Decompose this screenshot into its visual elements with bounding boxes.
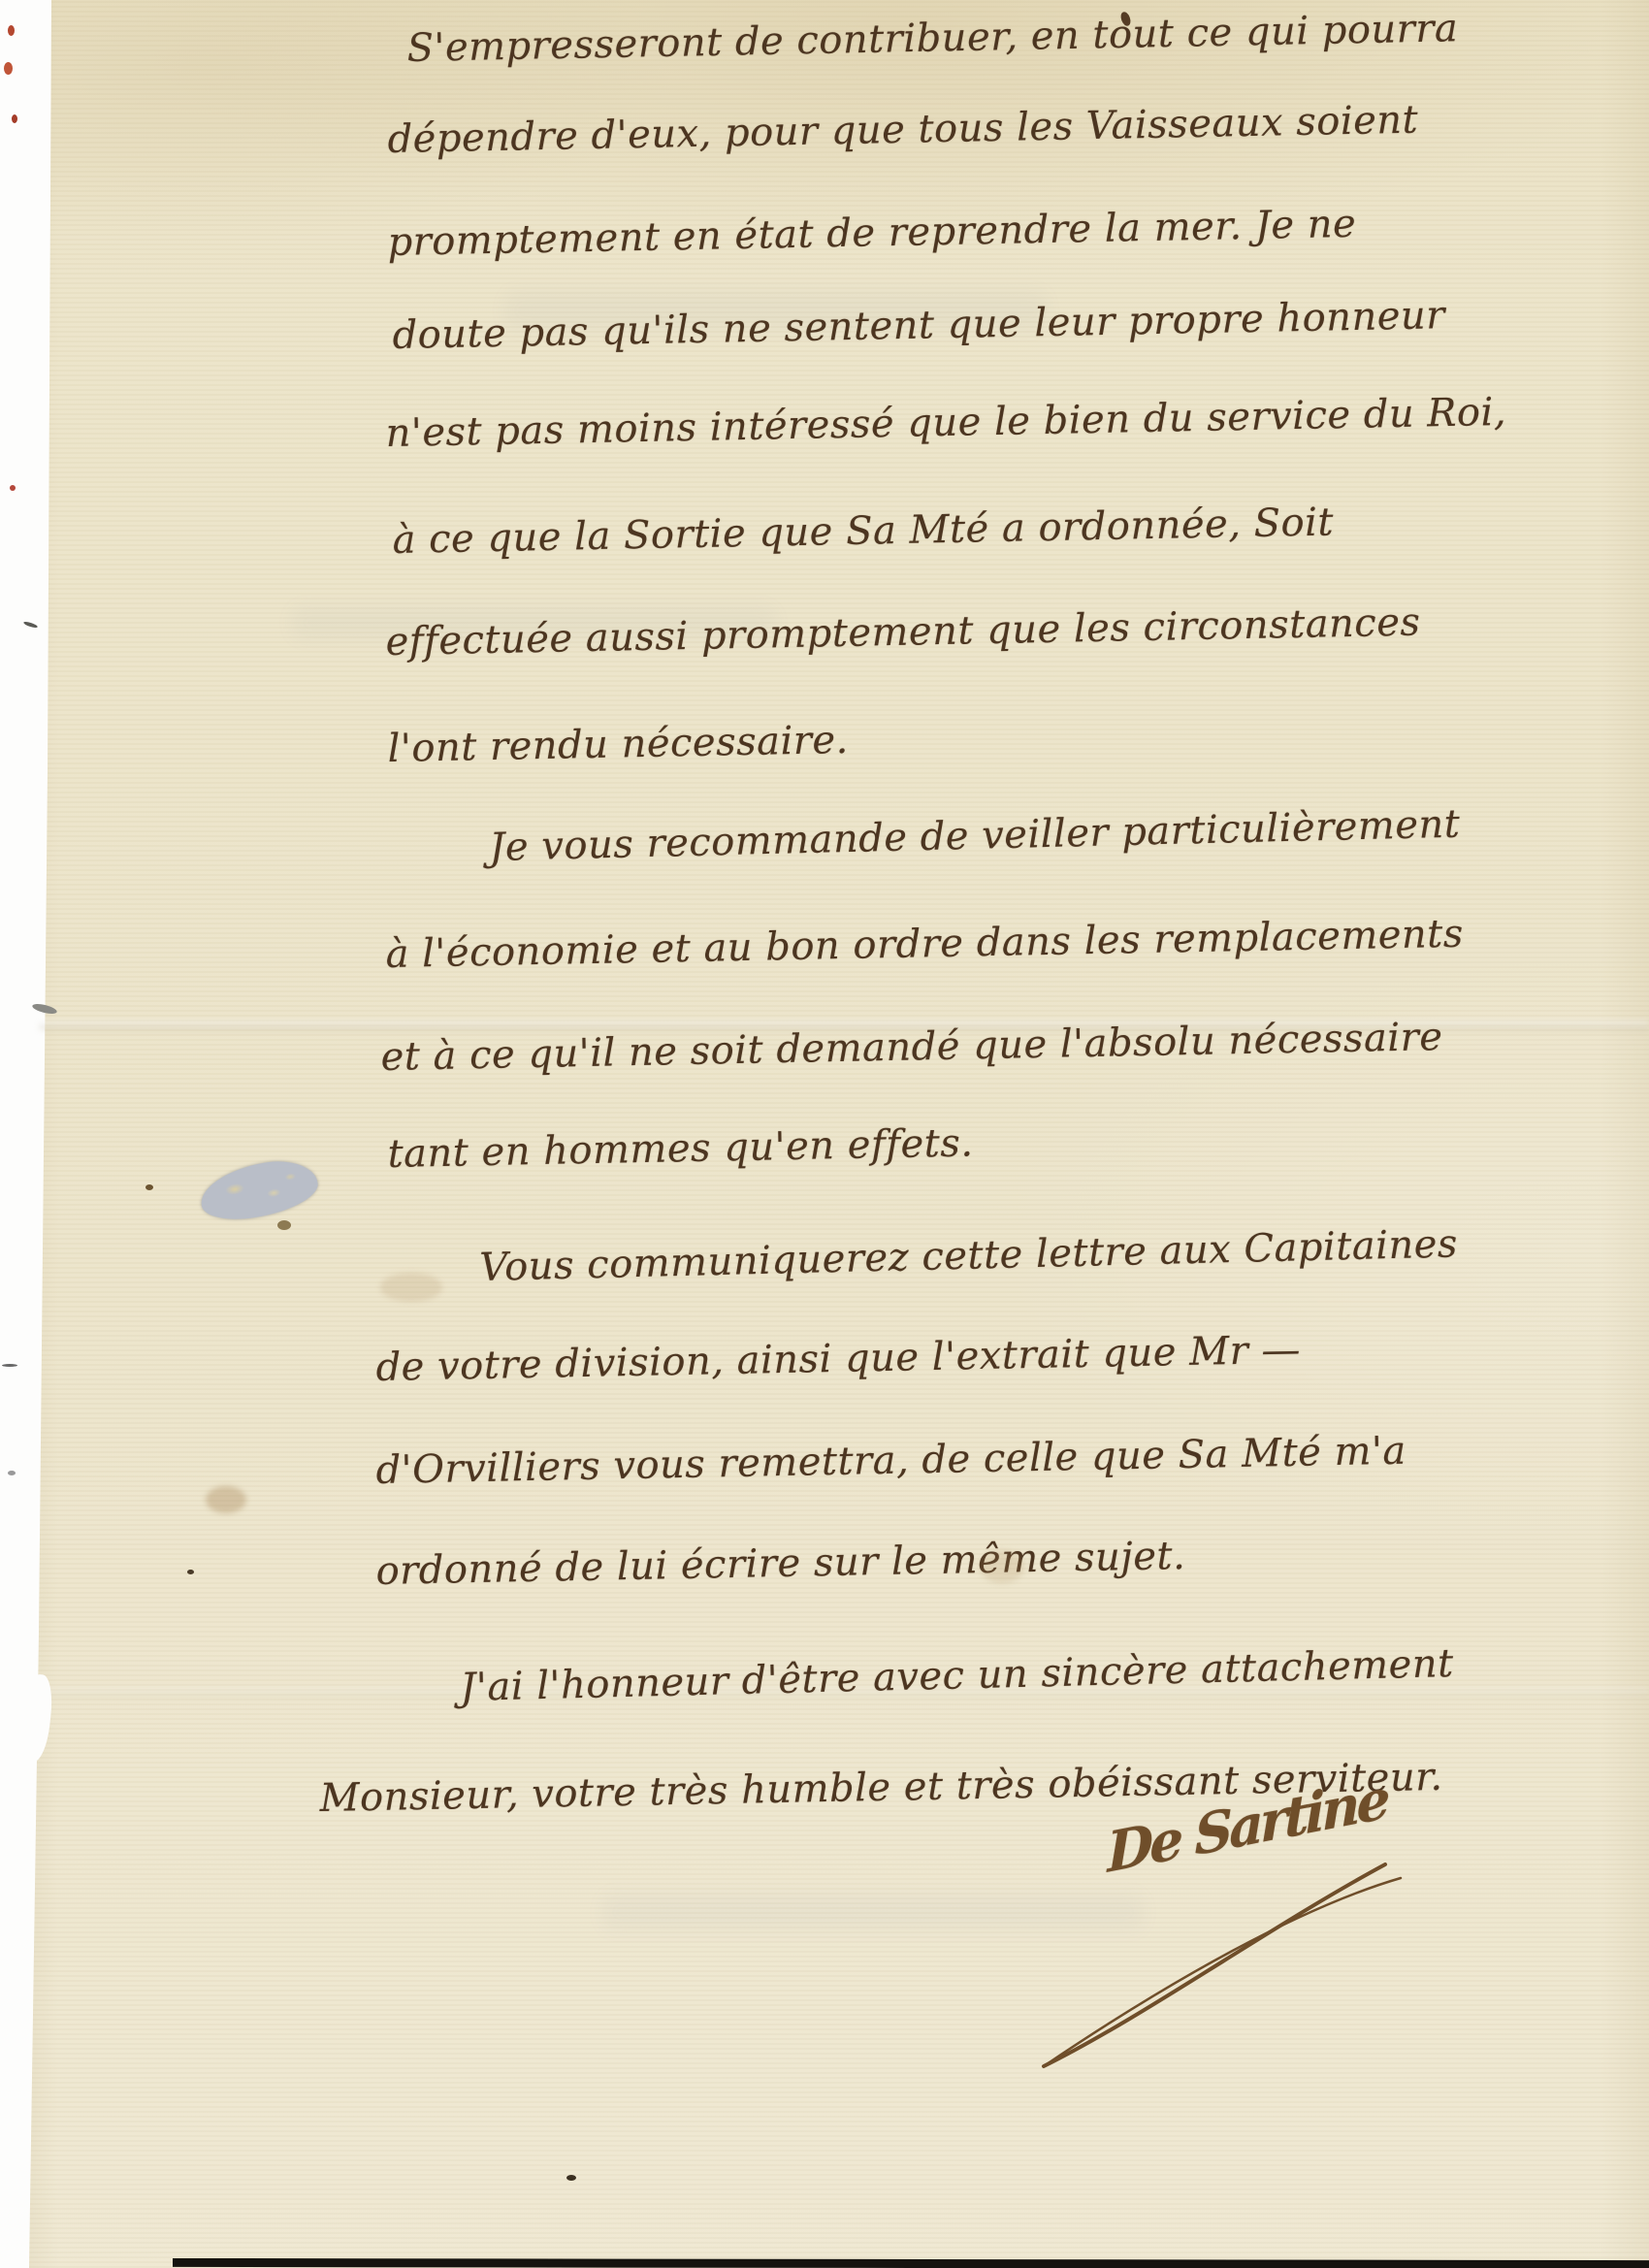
faint-stain — [380, 1273, 442, 1302]
ink-speck — [145, 1184, 153, 1190]
handwritten-line: l'ont rendu nécessaire. — [387, 719, 849, 770]
red-speck — [8, 25, 15, 36]
red-speck — [12, 114, 17, 123]
ink-speck — [187, 1570, 194, 1574]
signature-flourish — [1024, 1843, 1412, 2081]
brown-stain — [206, 1486, 246, 1513]
ink-speck — [566, 2175, 576, 2181]
red-speck — [10, 485, 16, 491]
scanned-letter-page: S'empresseront de contribuer, en tout ce… — [0, 0, 1649, 2268]
pencil-mark — [2, 1364, 17, 1367]
pencil-mark — [23, 621, 39, 629]
faint-stain — [980, 1550, 1024, 1583]
stain-dot — [277, 1220, 291, 1230]
grey-speck — [8, 1471, 16, 1475]
scan-bottom-edge — [173, 2258, 1649, 2268]
red-speck — [4, 62, 13, 75]
